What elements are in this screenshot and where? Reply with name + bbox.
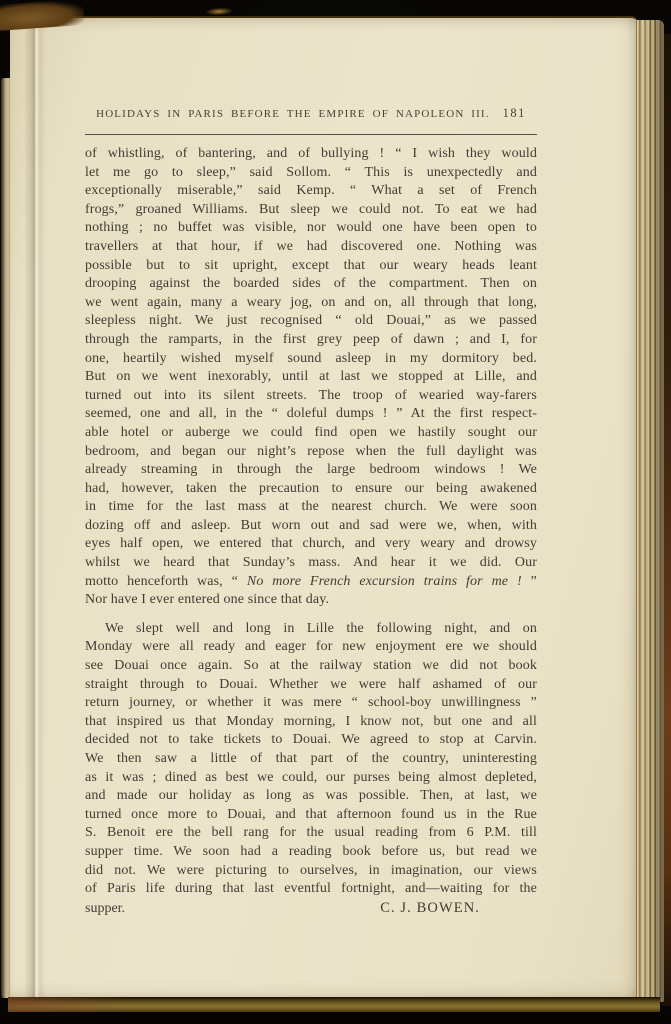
text-line: already streaming in through the large b… xyxy=(85,461,537,480)
text-line: exceptionally miserable,” said Kemp. “ W… xyxy=(85,182,537,201)
text-line: seemed, one and all, in the “ doleful du… xyxy=(85,405,537,424)
text-line: let me go to sleep,” said Sollom. “ This… xyxy=(85,164,537,183)
text-line: Nor have I ever entered one since that d… xyxy=(85,591,537,610)
text-line: through the ramparts, in the first grey … xyxy=(85,331,537,350)
background-bottom xyxy=(0,1012,671,1024)
text-line: return journey, or whether it was mere “… xyxy=(85,694,537,713)
page-content: HOLIDAYS IN PARIS BEFORE THE EMPIRE OF N… xyxy=(85,18,537,917)
text-line: frogs,” groaned Williams. But sleep we c… xyxy=(85,201,537,220)
running-head-title: HOLIDAYS IN PARIS BEFORE THE EMPIRE OF N… xyxy=(96,108,490,120)
text-line: travellers at that hour, if we had disco… xyxy=(85,238,537,257)
text-line: and made our holiday as long as was poss… xyxy=(85,787,537,806)
paragraph-1: of whistling, of bantering, and of bully… xyxy=(85,145,537,610)
text-line: see Douai once again. So at the railway … xyxy=(85,657,537,676)
closing-line: supper. C. J. BOWEN. xyxy=(85,899,537,918)
text-line: Monday were all ready and eager for new … xyxy=(85,638,537,657)
author-signature: C. J. BOWEN. xyxy=(380,899,480,918)
text-line: turned out into its silent streets. The … xyxy=(85,387,537,406)
text-line: as it was ; dined as best we could, our … xyxy=(85,769,537,788)
text-line: that inspired us that Monday morning, I … xyxy=(85,713,537,732)
text-line: S. Benoit ere the bell rang for the usua… xyxy=(85,824,537,843)
text-line: whilst we heard that Sunday’s mass. And … xyxy=(85,554,537,573)
text-line: did not. We were picturing to ourselves,… xyxy=(85,862,537,881)
paragraph-2-lines: We slept well and long in Lille the foll… xyxy=(85,620,537,899)
header-rule xyxy=(85,134,537,135)
worn-edge-speck xyxy=(206,7,232,15)
motto-italic: No more French excursion trains for me ! xyxy=(247,574,522,589)
text-line: eyes half open, we entered that church, … xyxy=(85,535,537,554)
motto-suffix: ” xyxy=(522,574,537,589)
text-line: straight through to Douai. Whether we we… xyxy=(85,676,537,695)
motto-prefix: motto henceforth was, “ xyxy=(85,574,247,589)
text-line: sleepless night. We just recognised “ ol… xyxy=(85,312,537,331)
book-photo: HOLIDAYS IN PARIS BEFORE THE EMPIRE OF N… xyxy=(0,0,671,1024)
paragraph-2: We slept well and long in Lille the foll… xyxy=(85,620,537,918)
text-line: turned once more to Douai, and that afte… xyxy=(85,806,537,825)
text-line: supper time. We soon had a reading book … xyxy=(85,843,537,862)
text-line: We then saw a little of that part of the… xyxy=(85,750,537,769)
paragraph-1-lines: of whistling, of bantering, and of bully… xyxy=(85,145,537,573)
text-line: decided not to take tickets to Douai. We… xyxy=(85,731,537,750)
book-page: HOLIDAYS IN PARIS BEFORE THE EMPIRE OF N… xyxy=(10,16,638,1002)
text-line: one, heartily wished myself sound asleep… xyxy=(85,350,537,369)
text-line-motto: motto henceforth was, “ No more French e… xyxy=(85,573,537,592)
text-line: bedroom, and began our night’s repose wh… xyxy=(85,443,537,462)
text-line: But on we went inexorably, until at last… xyxy=(85,368,537,387)
text-line: of Paris life during that last eventful … xyxy=(85,880,537,899)
text-line: We slept well and long in Lille the foll… xyxy=(85,620,537,639)
text-line: had, however, taken the precaution to en… xyxy=(85,480,537,499)
text-line: possible but to sit upright, except that… xyxy=(85,257,537,276)
text-line: drooping against the boarded sides of th… xyxy=(85,275,537,294)
text-line: in time for the last mass at the nearest… xyxy=(85,498,537,517)
closing-word: supper. xyxy=(85,900,125,919)
text-line: nothing ; no buffet was visible, nor wou… xyxy=(85,219,537,238)
text-line: dozing off and asleep. But worn out and … xyxy=(85,517,537,536)
text-line: we went again, many a weary jog, on and … xyxy=(85,294,537,313)
running-head: HOLIDAYS IN PARIS BEFORE THE EMPIRE OF N… xyxy=(85,106,537,121)
text-line: of whistling, of bantering, and of bully… xyxy=(85,145,537,164)
text-line: able hotel or auberge we could find open… xyxy=(85,424,537,443)
page-fore-edges xyxy=(636,20,664,1002)
page-number: 181 xyxy=(503,106,526,121)
